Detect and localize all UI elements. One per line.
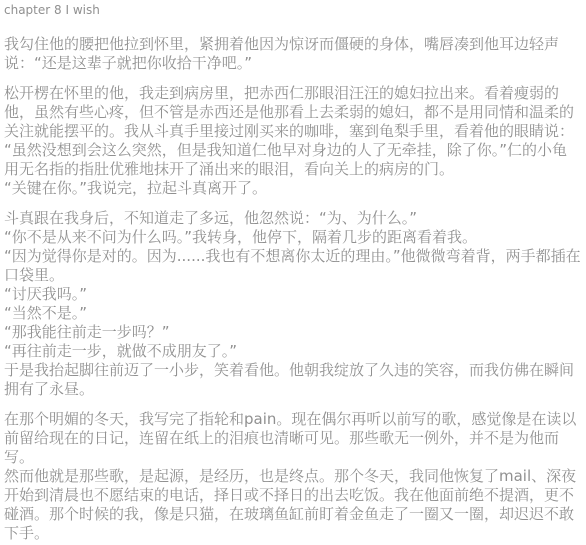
text-line: 松开楞在怀里的他，我走到病房里，把赤西仁那眼泪汪汪的媳妇拉出来。看着瘦弱的 xyxy=(4,84,582,103)
text-line: 用无名指的指肚优雅地抹开了涌出来的眼泪，看向关上的病房的门。 xyxy=(4,160,582,179)
text-line: 于是我抬起脚往前迈了一小步，笑着看他。他朝我绽放了久违的笑容，而我仿佛在瞬间 xyxy=(4,361,582,380)
text-body: 我勾住他的腰把他拉到怀里，紧拥着他因为惊讶而僵硬的身体，嘴唇凑到他耳边轻声说：“… xyxy=(4,35,582,543)
text-line: 斗真跟在我身后，不知道走了多远，他忽然说：“为、为什么。” xyxy=(4,209,582,228)
text-line: 拥有了永昼。 xyxy=(4,380,582,399)
text-line: 碰酒。那个时候的我，像是只猫，在玻璃鱼缸前盯着金鱼走了一圈又一圈，却迟迟不敢 xyxy=(4,505,582,524)
text-line: 然而他就是那些歌，是起源，是经历，也是终点。那个冬天，我同他恢复了mail、深夜 xyxy=(4,467,582,486)
text-line: 关注就能摆平的。我从斗真手里接过刚买来的咖啡，塞到龟梨手里，看着他的眼睛说： xyxy=(4,122,582,141)
paragraph: 我勾住他的腰把他拉到怀里，紧拥着他因为惊讶而僵硬的身体，嘴唇凑到他耳边轻声说：“… xyxy=(4,35,582,73)
text-line: “那我能往前走一步吗？” xyxy=(4,323,582,342)
text-line: 说：“还是这辈子就把你收拾干净吧。” xyxy=(4,54,582,73)
chapter-title: chapter 8 I wish xyxy=(4,3,582,17)
text-line: 我勾住他的腰把他拉到怀里，紧拥着他因为惊讶而僵硬的身体，嘴唇凑到他耳边轻声 xyxy=(4,35,582,54)
text-line: 下手。 xyxy=(4,524,582,543)
text-line: “关键在你。”我说完，拉起斗真离开了。 xyxy=(4,179,582,198)
text-line: 口袋里。 xyxy=(4,266,582,285)
text-line: “你不是从来不问为什么吗。”我转身，他停下，隔着几步的距离看着我。 xyxy=(4,228,582,247)
text-line: “当然不是。” xyxy=(4,304,582,323)
paragraph: 松开楞在怀里的他，我走到病房里，把赤西仁那眼泪汪汪的媳妇拉出来。看着瘦弱的他，虽… xyxy=(4,84,582,198)
text-line: 前留给现在的日记，连留在纸上的泪痕也清晰可见。那些歌无一例外，并不是为他而 xyxy=(4,429,582,448)
paragraph: 斗真跟在我身后，不知道走了多远，他忽然说：“为、为什么。”“你不是从来不问为什么… xyxy=(4,209,582,399)
text-line: “虽然没想到会这么突然，但是我知道仁他早对身边的人了无牵挂，除了你。”仁的小龟 xyxy=(4,141,582,160)
text-line: “讨厌我吗。” xyxy=(4,285,582,304)
text-line: 在那个明媚的冬天，我写完了指轮和pain。现在偶尔再听以前写的歌，感觉像是在读以 xyxy=(4,410,582,429)
text-line: “再往前走一步，就做不成朋友了。” xyxy=(4,342,582,361)
text-line: “因为觉得你是对的。因为......我也有不想离你太近的理由。”他微微弯着背，两… xyxy=(4,247,582,266)
text-line: 他，虽然有些心疼，但不管是赤西还是他那看上去柔弱的媳妇，都不是用同情和温柔的 xyxy=(4,103,582,122)
paragraph: 在那个明媚的冬天，我写完了指轮和pain。现在偶尔再听以前写的歌，感觉像是在读以… xyxy=(4,410,582,543)
document-page: chapter 8 I wish 我勾住他的腰把他拉到怀里，紧拥着他因为惊讶而僵… xyxy=(0,0,586,545)
text-line: 开始到清晨也不愿结束的电话，择日或不择日的出去吃饭。我在他面前绝不提酒，更不 xyxy=(4,486,582,505)
text-line: 写。 xyxy=(4,448,582,467)
